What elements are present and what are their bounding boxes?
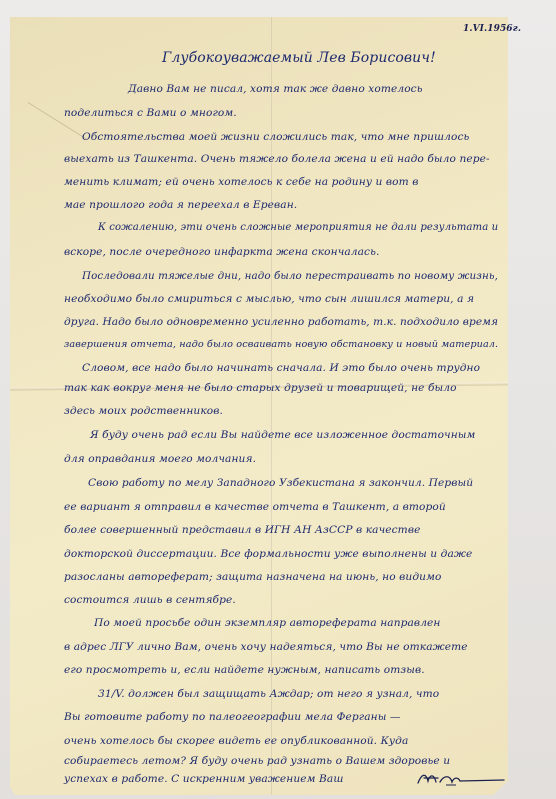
letter-line: собираетесь летом? Я буду очень рад узна… (64, 754, 450, 768)
letter-line: здесь моих родственников. (64, 404, 223, 418)
letter-line: друга. Надо было одновременно усиленно р… (64, 315, 498, 329)
signature (416, 771, 506, 787)
letter-line: вскоре, после очередного инфаркта жена с… (64, 245, 379, 259)
letter-line: более совершенный представил в ИГН АН Аз… (64, 523, 420, 537)
letter-line: Я буду очень рад если Вы найдете все изл… (90, 428, 475, 442)
letter-date: 1.VI.1956г. (463, 24, 521, 34)
letter-line: состоится лишь в сентябре. (64, 593, 236, 607)
letter-line: разосланы автореферат; защита назначена … (64, 570, 441, 584)
letter-line: завершения отчета, надо было осваивать н… (64, 338, 498, 352)
letter-line: выехать из Ташкента. Очень тяжело болела… (64, 152, 490, 166)
letter-line: Вы готовите работу по палеогеографии мел… (64, 710, 401, 724)
letter-line: для оправдания моего молчания. (64, 452, 256, 466)
letter-line: мае прошлого года я переехал в Ереван. (64, 198, 297, 212)
letter-line: 31/V. должен был защищать Аждар; от него… (98, 687, 439, 701)
letter-line: По моей просьбе один экземпляр авторефер… (94, 616, 441, 630)
letter-line: так как вокруг меня не было старых друзе… (64, 381, 457, 395)
letter-line: успехах в работе. С искренним уважением … (64, 772, 343, 786)
letter-line: его просмотреть и, если найдете нужным, … (64, 663, 425, 677)
letter-line: Последовали тяжелые дни, надо было перес… (82, 269, 498, 283)
letter-line: в адрес ЛГУ лично Вам, очень хочу надеят… (64, 640, 468, 654)
letter-salutation: Глубокоуважаемый Лев Борисович! (162, 50, 436, 66)
letter-line: необходимо было смириться с мыслью, что … (64, 292, 474, 306)
letter-line: очень хотелось бы скорее видеть ее опубл… (64, 734, 408, 748)
letter-line: менить климат; ей очень хотелось к себе … (64, 175, 419, 189)
letter-line: докторской диссертации. Все формальности… (64, 547, 472, 561)
letter-line: поделиться с Вами о многом. (64, 106, 237, 120)
letter-line: ее вариант я отправил в качестве отчета … (64, 500, 446, 514)
letter-line: Обстоятельства моей жизни сложились так,… (82, 130, 469, 144)
letter-line: Словом, все надо было начинать сначала. … (82, 361, 480, 375)
letter-line: Давно Вам не писал, хотя так же давно хо… (128, 82, 423, 96)
letter-line: Свою работу по мелу Западного Узбекистан… (88, 476, 473, 490)
letter-line: К сожалению, эти очень сложные мероприят… (98, 221, 498, 235)
